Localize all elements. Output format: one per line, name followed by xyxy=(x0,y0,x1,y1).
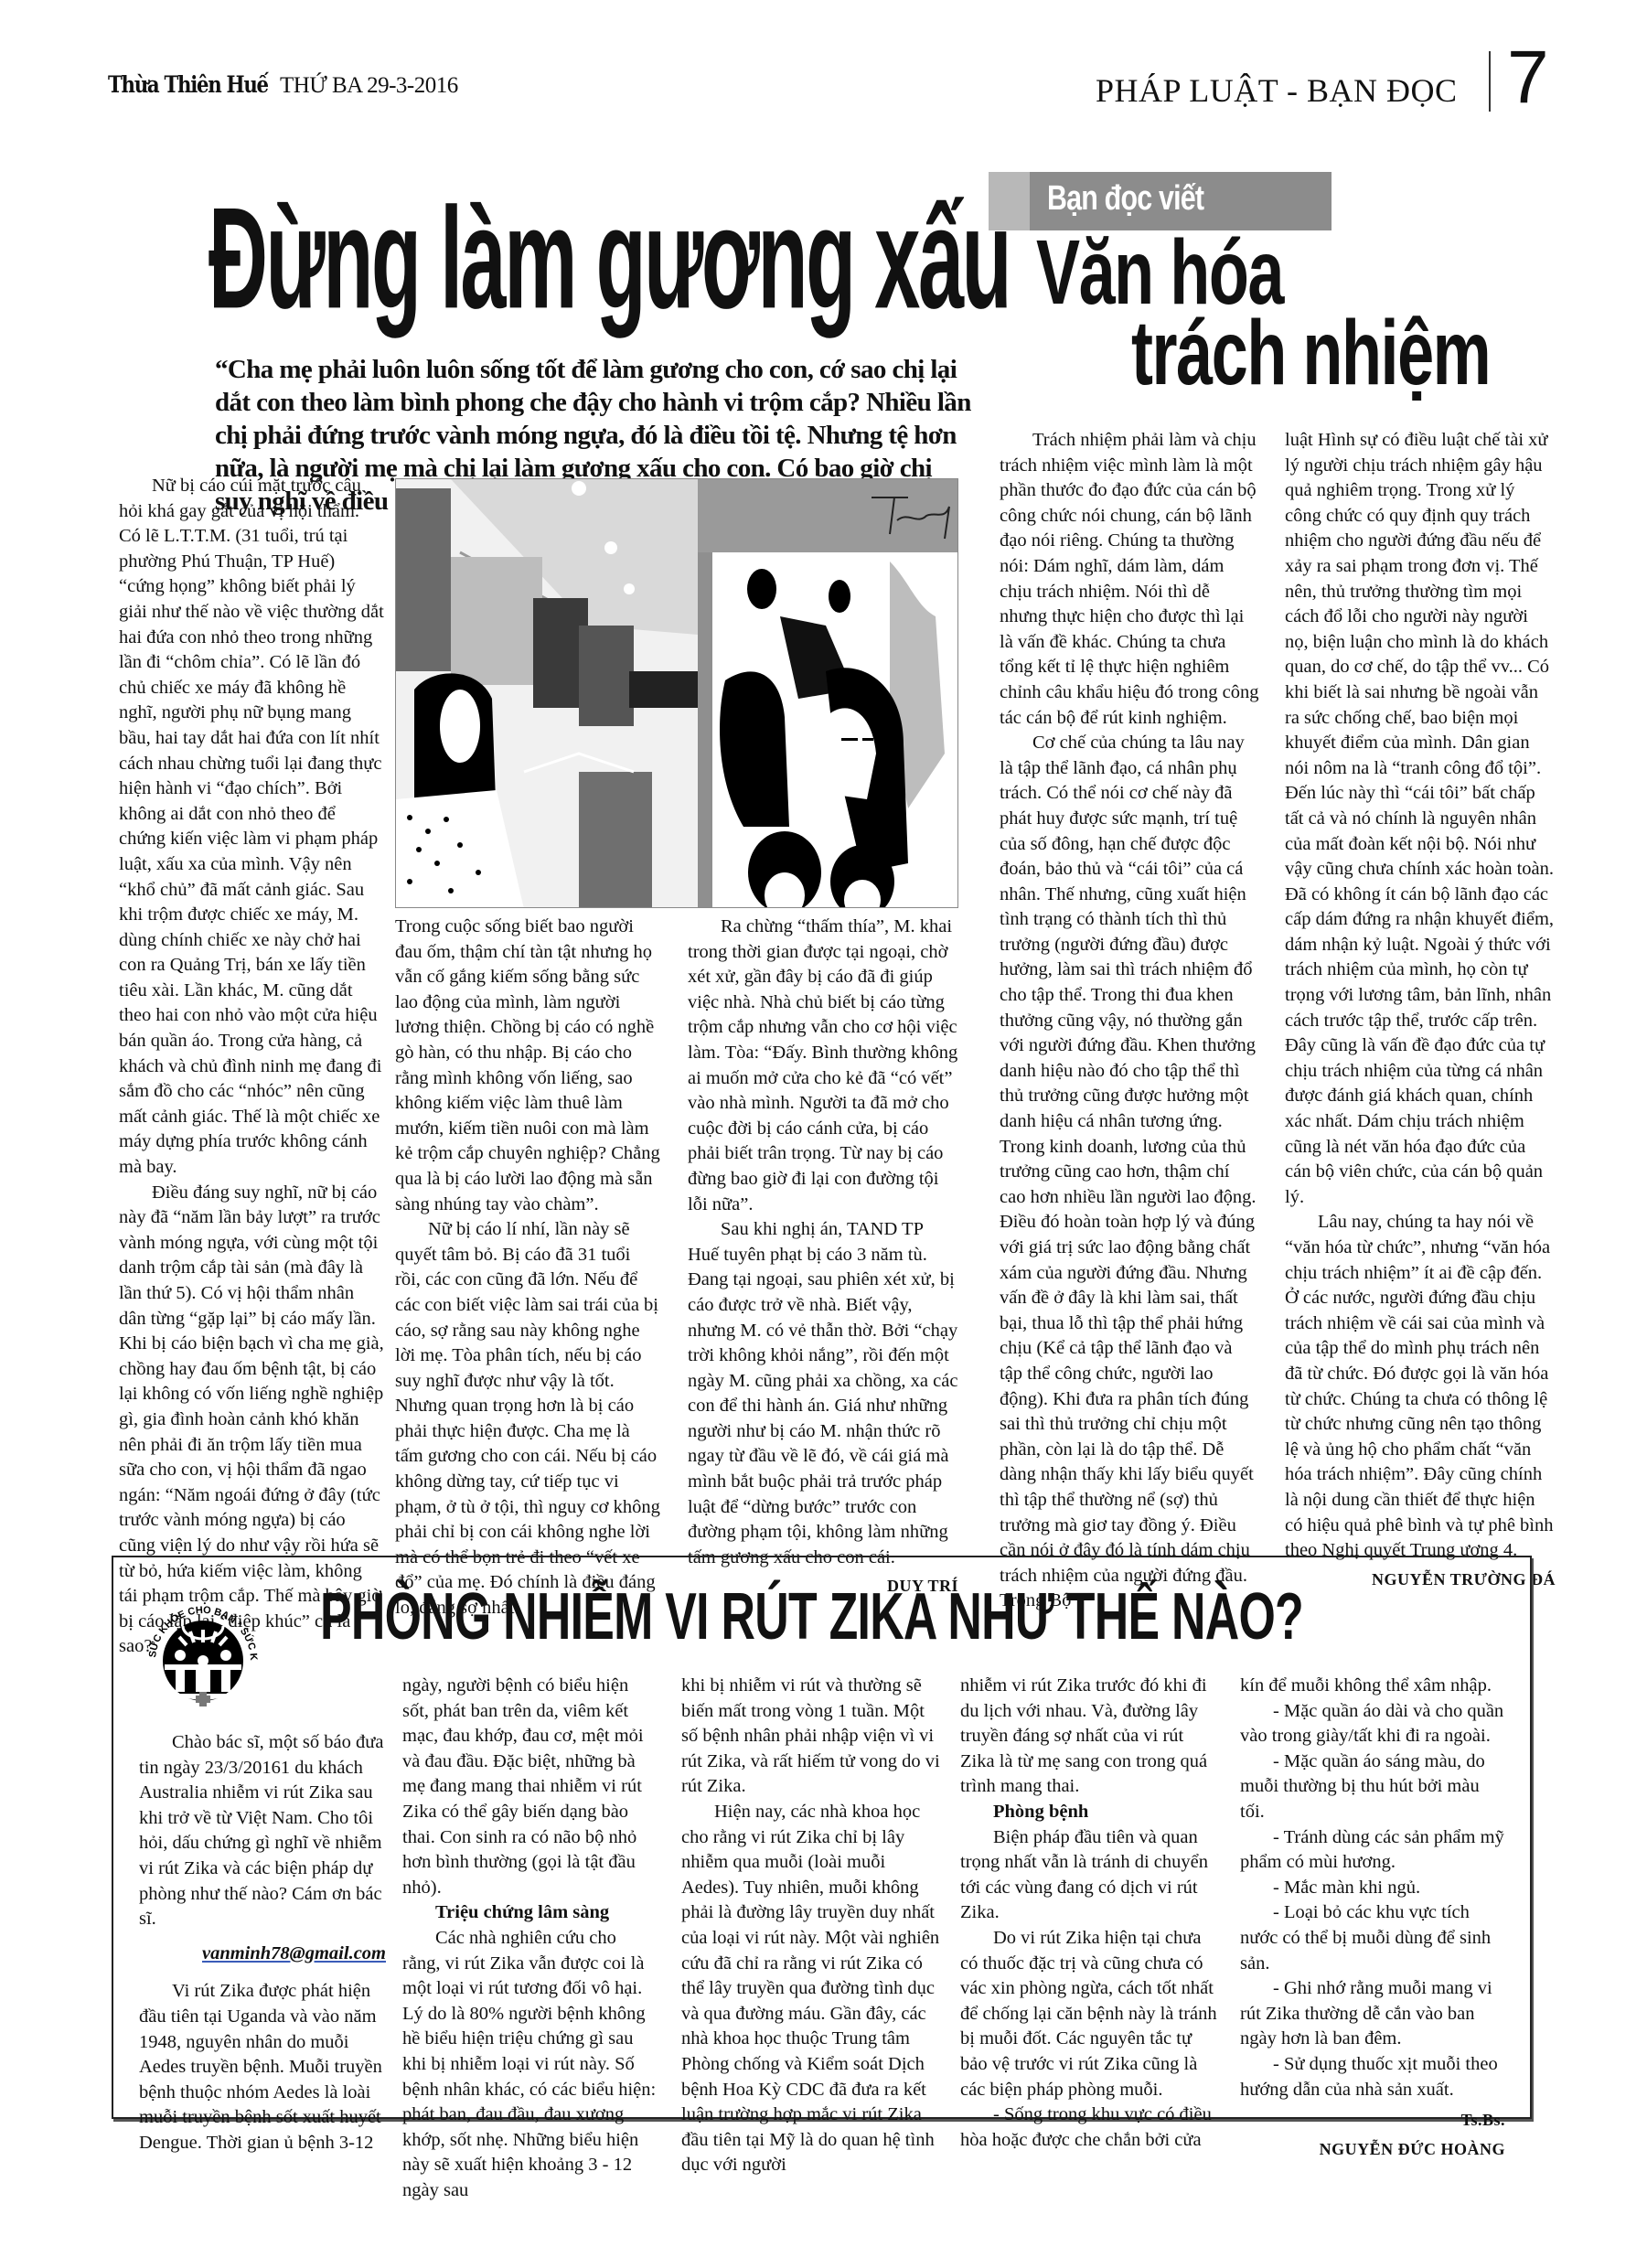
kicker-label: Bạn đọc viết xyxy=(1047,179,1203,219)
health-title: PHÒNG NHIỄM VI RÚT ZIKA NHƯ THẾ NÀO? xyxy=(320,1580,1303,1653)
health-column-3: khi bị nhiễm vi rút và thường sẽ biến mấ… xyxy=(681,1674,942,2178)
health-column-5: kín để muỗi không thể xâm nhập. - Mặc qu… xyxy=(1240,1674,1505,2162)
list-item: - Mắc màn khi ngủ. xyxy=(1240,1876,1505,1901)
paragraph: khi bị nhiễm vi rút và thường sẽ biến mấ… xyxy=(681,1674,942,1800)
list-item: - Sử dụng thuốc xịt muỗi theo hướng dẫn … xyxy=(1240,2052,1505,2102)
article2-title-line2: trách nhiệm xyxy=(1131,307,1490,399)
health-column-2: ngày, người bệnh có biểu hiện sốt, phát … xyxy=(402,1674,658,2203)
illustration-icon xyxy=(396,479,958,908)
list-item: - Tránh dùng các sản phẩm mỹ phẩm có mùi… xyxy=(1240,1825,1505,1876)
section-title: PHÁP LUẬT - BẠN ĐỌC xyxy=(1096,71,1458,110)
banner-accent xyxy=(989,172,1030,230)
health-column-1: Chào bác sĩ, một số báo đưa tin ngày 23/… xyxy=(139,1730,386,2156)
health-logo-icon: SỨC KHỎE CHO BẠN * SỨC KHỎE CHO BẠN xyxy=(139,1589,267,1717)
list-item: - Ghi nhớ rằng muỗi mang vi rút Zika thư… xyxy=(1240,1976,1505,2052)
list-item: - Mặc quần áo sáng màu, do muỗi thường b… xyxy=(1240,1749,1505,1825)
subheading-symptoms: Triệu chứng lâm sàng xyxy=(402,1900,658,1926)
health-column-4: nhiễm vi rút Zika trước đó khi đi du lịc… xyxy=(960,1674,1221,2153)
paragraph: - Sống trong khu vực có điều hòa hoặc đư… xyxy=(960,2102,1221,2153)
article1-column-2: Trong cuộc sống biết bao người đau ốm, t… xyxy=(395,915,660,1621)
paragraph: nhiễm vi rút Zika trước đó khi đi du lịc… xyxy=(960,1674,1221,1800)
reader-email-link[interactable]: vanminh78@gmail.com xyxy=(139,1942,386,1967)
list-item: - Mặc quần áo dài và cho quần vào trong … xyxy=(1240,1699,1505,1749)
subheading-prevention: Phòng bệnh xyxy=(960,1800,1221,1825)
paragraph: Biện pháp đầu tiên và quan trọng nhất vẫ… xyxy=(960,1825,1221,1926)
paragraph: luật Hình sự có điều luật chế tài xử lý … xyxy=(1285,428,1556,1210)
paragraph: kín để muỗi không thể xâm nhập. xyxy=(1240,1674,1505,1699)
paragraph: Các nhà nghiên cứu cho rằng, vi rút Zika… xyxy=(402,1926,658,2204)
paragraph: Lâu nay, chúng ta hay nói về “văn hóa từ… xyxy=(1285,1210,1556,1563)
paragraph: Do vi rút Zika hiện tại chưa có thuốc đặ… xyxy=(960,1926,1221,2102)
paragraph: Cơ chế của chúng ta lâu nay là tập thể l… xyxy=(1000,731,1259,1614)
author-title: Ts.Bs. xyxy=(1240,2108,1505,2134)
issue-date: THỨ BA 29-3-2016 xyxy=(280,73,458,99)
article1-column-3: Ra chừng “thấm thía”, M. khai trong thời… xyxy=(688,915,958,1599)
paragraph: Trách nhiệm phải làm và chịu trách nhiệm… xyxy=(1000,428,1259,731)
paragraph: Vi rút Zika được phát hiện đầu tiên tại … xyxy=(139,1979,386,2156)
reader-question: Chào bác sĩ, một số báo đưa tin ngày 23/… xyxy=(139,1730,386,1932)
page-divider xyxy=(1489,51,1491,112)
paragraph: Sau khi nghị án, TAND TP Huế tuyên phạt … xyxy=(688,1217,958,1570)
article1-title: Đừng làm gương xấu xyxy=(209,166,1010,349)
page-number: 7 xyxy=(1507,40,1549,115)
article1-column-1: Nữ bị cáo cúi mặt trước câu hỏi khá gay … xyxy=(119,474,384,1660)
paragraph: Hiện nay, các nhà khoa học cho rằng vi r… xyxy=(681,1800,942,2178)
list-item: - Loại bỏ các khu vực tích nước có thể b… xyxy=(1240,1900,1505,1976)
article1-illustration xyxy=(395,478,958,908)
paragraph: Trong cuộc sống biết bao người đau ốm, t… xyxy=(395,915,660,1217)
masthead: Thừa Thiên Huế xyxy=(108,71,268,98)
paragraph: Nữ bị cáo cúi mặt trước câu hỏi khá gay … xyxy=(119,474,384,1181)
author-name: NGUYỄN ĐỨC HOÀNG xyxy=(1240,2137,1505,2163)
paragraph: Ra chừng “thấm thía”, M. khai trong thời… xyxy=(688,915,958,1217)
article2-column-2: luật Hình sự có điều luật chế tài xử lý … xyxy=(1285,428,1556,1592)
article2-column-1: Trách nhiệm phải làm và chịu trách nhiệm… xyxy=(1000,428,1259,1614)
health-logo: SỨC KHỎE CHO BẠN * SỨC KHỎE CHO BẠN xyxy=(139,1589,267,1717)
paragraph: ngày, người bệnh có biểu hiện sốt, phát … xyxy=(402,1674,658,1900)
